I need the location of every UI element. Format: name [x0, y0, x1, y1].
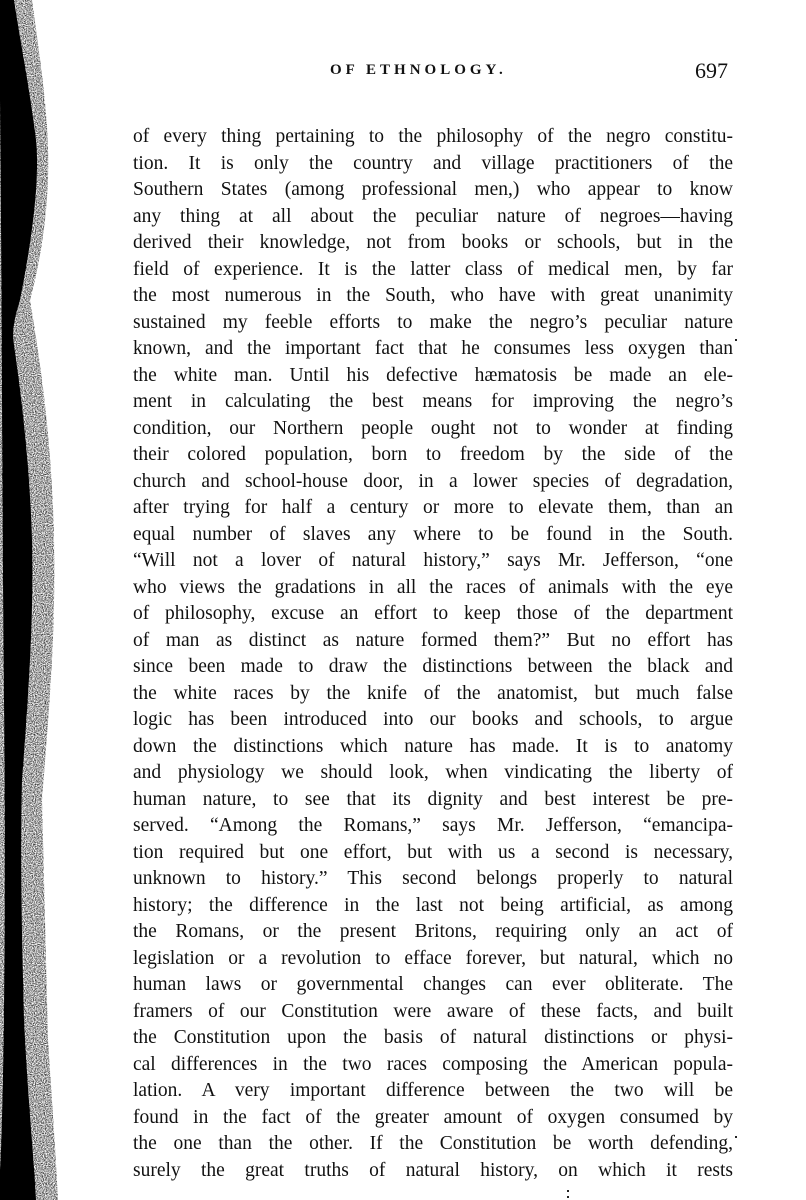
text-line: the Constitution upon the basis of natur… [133, 1025, 733, 1052]
text-line: of philosophy, excuse an effort to keep … [133, 601, 733, 628]
text-line: found in the fact of the greater amount … [133, 1105, 733, 1132]
text-line: legislation or a revolution to efface fo… [133, 946, 733, 973]
text-line: served. “Among the Romans,” says Mr. Jef… [133, 813, 733, 840]
text-line: any thing at all about the peculiar natu… [133, 204, 733, 231]
text-line: and physiology we should look, when vind… [133, 760, 733, 787]
text-line: tion required but one effort, but with u… [133, 840, 733, 867]
text-line: after trying for half a century or more … [133, 495, 733, 522]
text-line: tion. It is only the country and village… [133, 151, 733, 178]
text-line: sustained my feeble efforts to make the … [133, 310, 733, 337]
text-line: church and school-house door, in a lower… [133, 469, 733, 496]
page-speck [567, 1196, 569, 1198]
page-speck [735, 1136, 737, 1138]
text-line: unknown to history.” This second belongs… [133, 866, 733, 893]
text-line: logic has been introduced into our books… [133, 707, 733, 734]
text-line: since been made to draw the distinctions… [133, 654, 733, 681]
text-line: the one than the other. If the Constitut… [133, 1131, 733, 1158]
text-line: of man as distinct as nature formed them… [133, 628, 733, 655]
text-line: who views the gradations in all the race… [133, 575, 733, 602]
binding-gutter-shadow [0, 0, 60, 1200]
text-line: human nature, to see that its dignity an… [133, 787, 733, 814]
text-line: “Will not a lover of natural history,” s… [133, 548, 733, 575]
text-line: Southern States (among professional men,… [133, 177, 733, 204]
text-line: lation. A very important difference betw… [133, 1078, 733, 1105]
page-number: 697 [695, 58, 728, 84]
text-line: framers of our Constitution were aware o… [133, 999, 733, 1026]
text-line: the Romans, or the present Britons, requ… [133, 919, 733, 946]
running-head: OF ETHNOLOGY. [330, 62, 507, 79]
text-line: the most numerous in the South, who have… [133, 283, 733, 310]
body-text: of every thing pertaining to the philoso… [133, 124, 733, 1184]
page-speck [735, 339, 737, 341]
text-line: the white man. Until his defective hæmat… [133, 363, 733, 390]
text-line: field of experience. It is the latter cl… [133, 257, 733, 284]
page-speck [567, 1190, 569, 1192]
text-line: history; the difference in the last not … [133, 893, 733, 920]
text-line: known, and the important fact that he co… [133, 336, 733, 363]
text-line: their colored population, born to freedo… [133, 442, 733, 469]
text-line: derived their knowledge, not from books … [133, 230, 733, 257]
text-line: ment in calculating the best means for i… [133, 389, 733, 416]
text-line: the white races by the knife of the anat… [133, 681, 733, 708]
text-line: human laws or governmental changes can e… [133, 972, 733, 999]
text-line: cal differences in the two races composi… [133, 1052, 733, 1079]
text-line: condition, our Northern people ought not… [133, 416, 733, 443]
text-line: of every thing pertaining to the philoso… [133, 124, 733, 151]
text-line: down the distinctions which nature has m… [133, 734, 733, 761]
text-line: equal number of slaves any where to be f… [133, 522, 733, 549]
text-line: surely the great truths of natural histo… [133, 1158, 733, 1185]
